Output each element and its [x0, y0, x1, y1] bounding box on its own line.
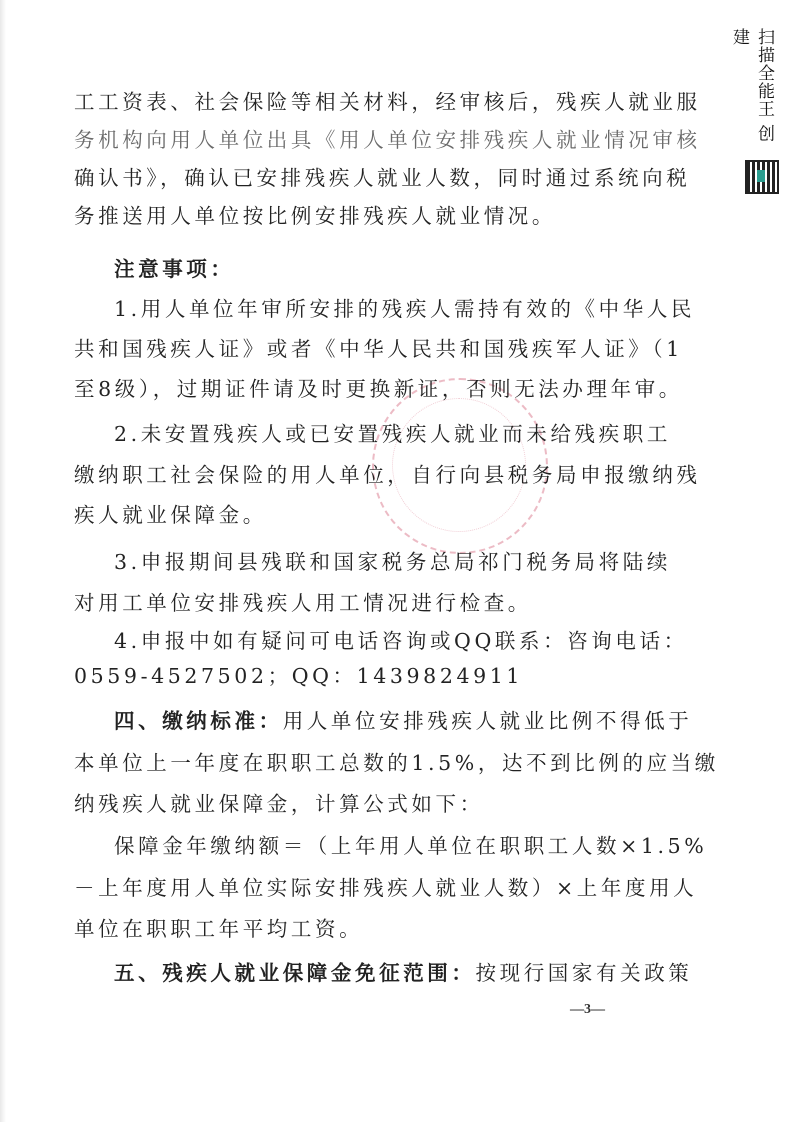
note-4-line: 4.申报中如有疑问可电话咨询或QQ联系：咨询电话： — [114, 627, 684, 655]
note-2-line: 2.未安置残疾人或已安置残疾人就业而未给残疾职工 — [114, 420, 684, 448]
body-line: 务机构向用人单位出具《用人单位安排残疾人就业情况审核 — [74, 126, 644, 154]
formula-line: 保障金年缴纳额＝（上年用人单位在职职工人数×1.5% — [114, 832, 684, 860]
formula-line: 单位在职职工年平均工资。 — [74, 915, 644, 943]
note-1-line: 至8级），过期证件请及时更换新证，否则无法办理年审。 — [74, 375, 644, 403]
section-5-text: 按现行国家有关政策 — [476, 961, 693, 985]
section-4-line: 本单位上一年度在职职工总数的1.5%，达不到比例的应当缴 — [74, 749, 644, 777]
note-3-line: 对用工单位安排残疾人用工情况进行检查。 — [74, 589, 644, 617]
body-line: 工工资表、社会保险等相关材料，经审核后，残疾人就业服 — [74, 88, 644, 116]
body-line: 确认书》，确认已安排残疾人就业人数，同时通过系统向税 — [74, 164, 644, 192]
scan-edge — [0, 0, 6, 1122]
notes-heading: 注意事项： — [114, 255, 684, 283]
section-5-line: 五、残疾人就业保障金免征范围：按现行国家有关政策 — [114, 959, 684, 987]
document-page: 工工资表、社会保险等相关材料，经审核后，残疾人就业服 务机构向用人单位出具《用人… — [0, 0, 793, 1122]
note-3-line: 3.申报期间县残联和国家税务总局祁门税务局将陆续 — [114, 548, 684, 576]
qr-code-icon — [745, 160, 779, 194]
note-1-line: 1.用人单位年审所安排的残疾人需持有效的《中华人民 — [114, 295, 684, 323]
section-4-text: 用人单位安排残疾人就业比例不得低于 — [283, 709, 693, 733]
section-4-line: 纳残疾人就业保障金，计算公式如下： — [74, 790, 644, 818]
section-4-line: 四、缴纳标准：用人单位安排残疾人就业比例不得低于 — [114, 707, 684, 735]
note-4-contact-line: 0559-4527502；QQ：1439824911 — [74, 662, 644, 690]
note-2-line: 疾人就业保障金。 — [74, 501, 644, 529]
section-4-heading: 四、缴纳标准： — [114, 709, 283, 733]
body-line: 务推送用人单位按比例安排残疾人就业情况。 — [74, 202, 644, 230]
scanner-watermark: 扫描全能王 创建 — [737, 28, 777, 158]
note-1-line: 共和国残疾人证》或者《中华人民共和国残疾军人证》（1 — [74, 335, 644, 363]
section-5-heading: 五、残疾人就业保障金免征范围： — [114, 961, 476, 985]
page-number: —3— — [570, 1002, 605, 1018]
note-2-line: 缴纳职工社会保险的用人单位，自行向县税务局申报缴纳残 — [74, 461, 644, 489]
formula-line: －上年度用人单位实际安排残疾人就业人数）×上年度用人 — [74, 874, 644, 902]
